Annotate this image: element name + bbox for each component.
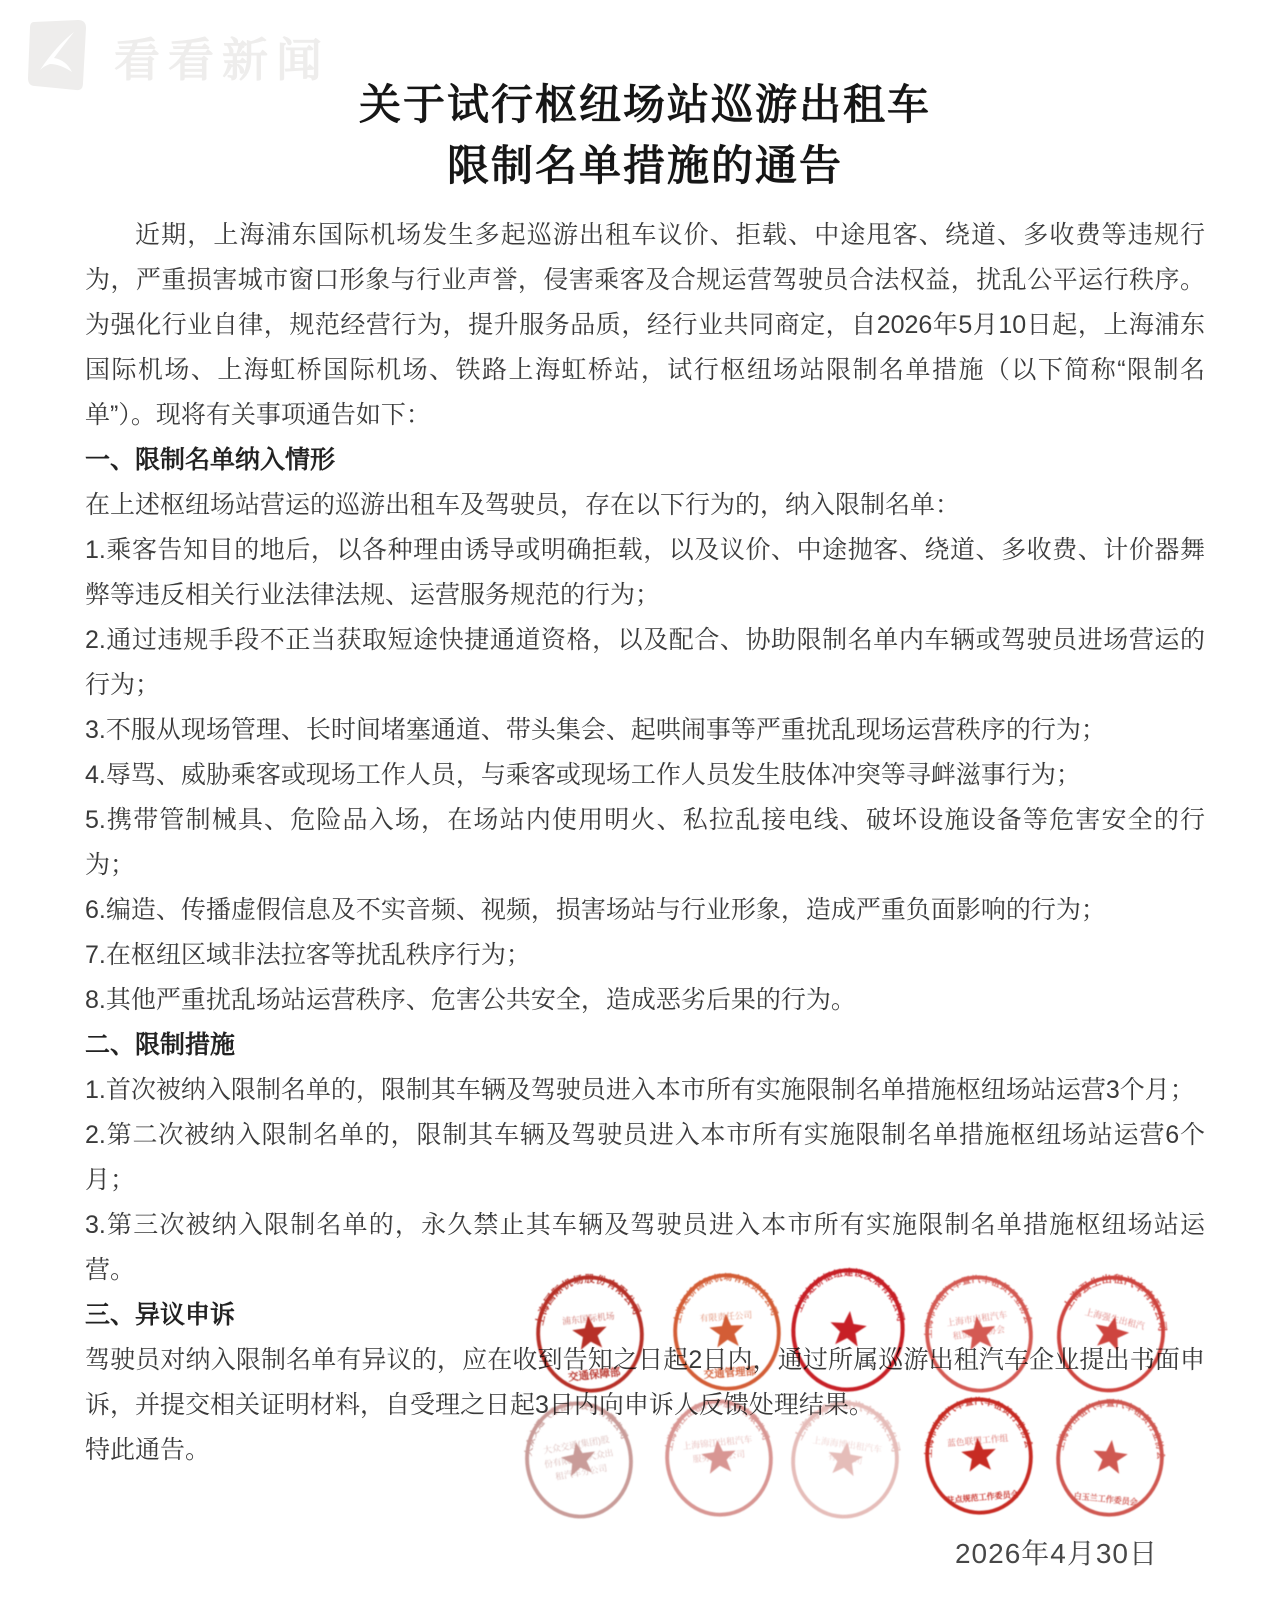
section-3-paragraph: 驾驶员对纳入限制名单有异议的，应在收到告知之日起2日内，通过所属巡游出租汽车企业…: [85, 1338, 1205, 1428]
section-1-lead: 在上述枢纽场站营运的巡游出租车及驾驶员，存在以下行为的，纳入限制名单：: [85, 483, 1205, 528]
section-1-item: 4.辱骂、威胁乘客或现场工作人员，与乘客或现场工作人员发生肢体冲突等寻衅滋事行为…: [85, 753, 1205, 798]
section-1-item: 7.在枢纽区域非法拉客等扰乱秩序行为；: [85, 933, 1205, 978]
section-1-item: 1.乘客告知目的地后，以各种理由诱导或明确拒载，以及议价、中途抛客、绕道、多收费…: [85, 528, 1205, 618]
svg-text:驻点规范工作委员会: 驻点规范工作委员会: [946, 1489, 1019, 1505]
svg-text:白玉兰工作委员会: 白玉兰工作委员会: [1073, 1491, 1138, 1508]
notice-body: 关于试行枢纽场站巡游出租车限制名单措施的通告 近期，上海浦东国际机场发生多起巡游…: [85, 58, 1205, 1473]
notice-date: 2026年4月30日: [955, 1532, 1158, 1572]
notice-title: 关于试行枢纽场站巡游出租车限制名单措施的通告: [85, 74, 1205, 196]
section-1-heading: 一、限制名单纳入情形: [85, 438, 1205, 483]
section-2-item: 2.第二次被纳入限制名单的，限制其车辆及驾驶员进入本市所有实施限制名单措施枢纽场…: [85, 1113, 1205, 1203]
section-2-item: 1.首次被纳入限制名单的，限制其车辆及驾驶员进入本市所有实施限制名单措施枢纽场站…: [85, 1068, 1205, 1113]
kankan-news-k-logo-icon: [26, 16, 88, 97]
section-1-item: 6.编造、传播虚假信息及不实音频、视频，损害场站与行业形象，造成严重负面影响的行…: [85, 888, 1205, 933]
closing-phrase: 特此通告。: [85, 1428, 1205, 1473]
intro-paragraph: 近期，上海浦东国际机场发生多起巡游出租车议价、拒载、中途甩客、绕道、多收费等违规…: [85, 213, 1205, 438]
section-1-item: 5.携带管制械具、危险品入场，在场站内使用明火、私拉乱接电线、破坏设施设备等危害…: [85, 798, 1205, 888]
section-1-item: 8.其他严重扰乱场站运营秩序、危害公共安全，造成恶劣后果的行为。: [85, 978, 1205, 1023]
section-1-item: 2.通过违规手段不正当获取短途快捷通道资格，以及配合、协助限制名单内车辆或驾驶员…: [85, 618, 1205, 708]
section-1-item: 3.不服从现场管理、长时间堵塞通道、带头集会、起哄闹事等严重扰乱现场运营秩序的行…: [85, 708, 1205, 753]
section-2-item: 3.第三次被纳入限制名单的，永久禁止其车辆及驾驶员进入本市所有实施限制名单措施枢…: [85, 1203, 1205, 1293]
section-2-heading: 二、限制措施: [85, 1023, 1205, 1068]
notice-document: 看看新闻 关于试行枢纽场站巡游出租车限制名单措施的通告 近期，上海浦东国际机场发…: [0, 0, 1280, 1600]
section-3-heading: 三、异议申诉: [85, 1293, 1205, 1338]
